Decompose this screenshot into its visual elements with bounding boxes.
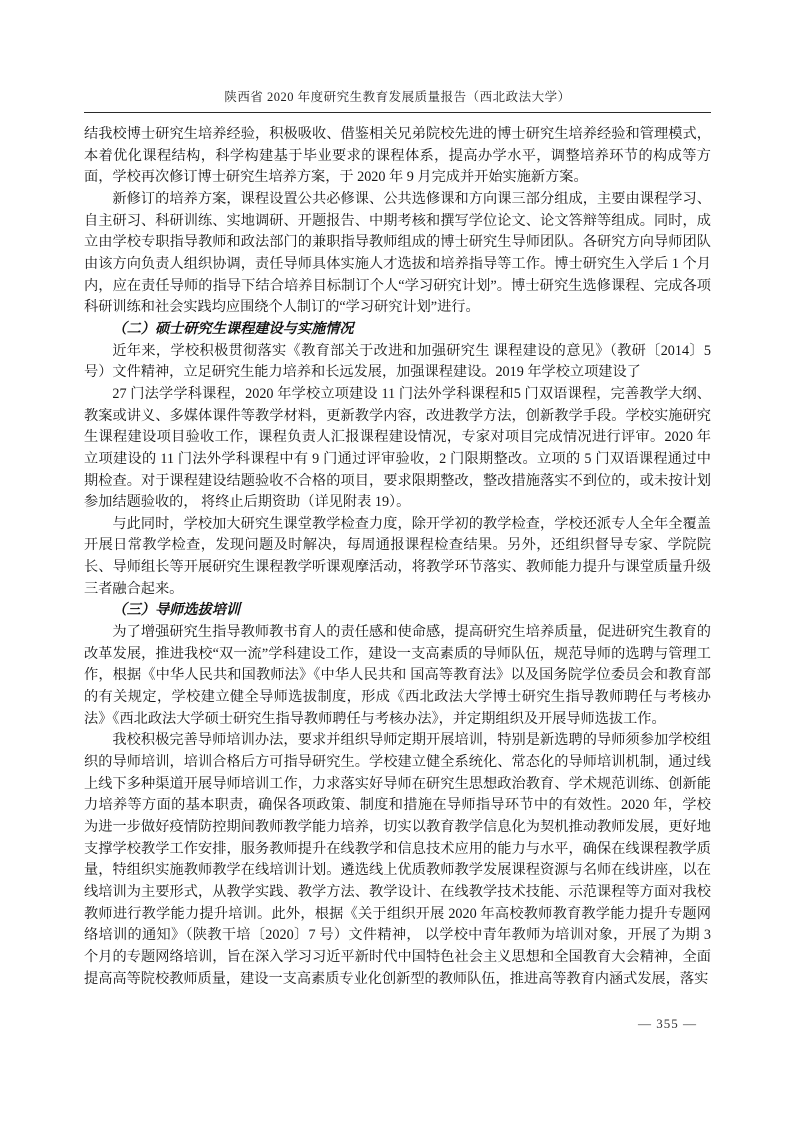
paragraph: 为了增强研究生指导教师教书育人的责任感和使命感，提高研究生培养质量，促进研究生教… xyxy=(84,622,711,730)
page-number: — 355 — xyxy=(84,1016,697,1032)
section-heading-3: （三）导师选拔培训 xyxy=(84,600,711,622)
document-body: 结我校博士研究生培养经验，积极吸收、借鉴相关兄弟院校先进的博士研究生培养经验和管… xyxy=(84,124,711,990)
paragraph: 与此同时，学校加大研究生课堂教学检查力度，除开学初的教学检查，学校还派专人全年全… xyxy=(84,514,711,601)
paragraph: 新修订的培养方案，课程设置公共必修课、公共选修课和方向课三部分组成，主要由课程学… xyxy=(84,189,711,319)
paragraph: 27 门法学学科课程，2020 年学校立项建设 11 门法外学科课程和5 门双语… xyxy=(84,384,711,514)
document-page: 陕西省 2020 年度研究生教育发展质量报告（西北政法大学） 结我校博士研究生培… xyxy=(0,0,793,1122)
paragraph: 我校积极完善导师培训办法，要求并组织导师定期开展培训，特别是新选聘的导师须参加学… xyxy=(84,730,711,990)
page-header-title: 陕西省 2020 年度研究生教育发展质量报告（西北政法大学） xyxy=(84,87,711,113)
section-heading-2: （二）硕士研究生课程建设与实施情况 xyxy=(84,319,711,341)
paragraph: 近年来，学校积极贯彻落实《教育部关于改进和加强研究生 课程建设的意见》（教研〔2… xyxy=(84,341,711,384)
paragraph-continuation: 结我校博士研究生培养经验，积极吸收、借鉴相关兄弟院校先进的博士研究生培养经验和管… xyxy=(84,124,711,189)
